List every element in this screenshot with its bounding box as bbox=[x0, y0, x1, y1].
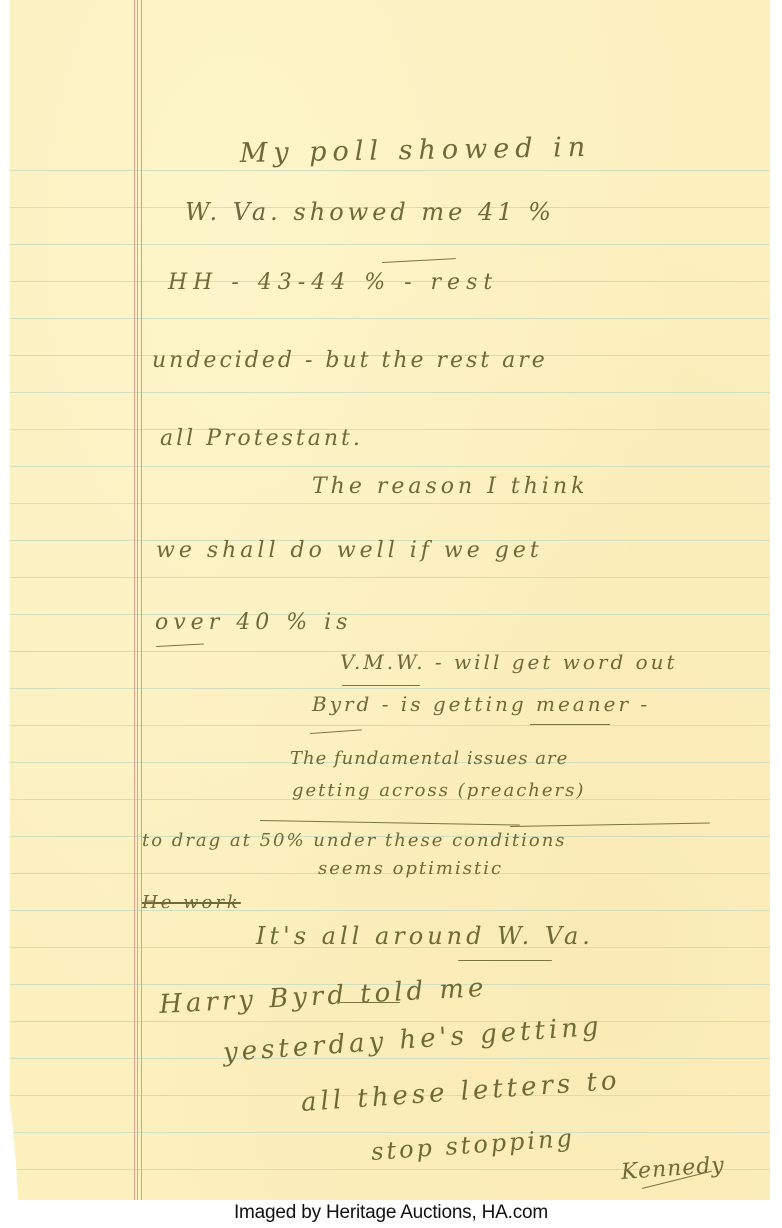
ruled-line bbox=[10, 688, 770, 689]
legal-pad-page: My poll showed in W. Va. showed me 41 % … bbox=[10, 0, 770, 1200]
underline-stroke bbox=[156, 643, 204, 647]
underline-stroke bbox=[260, 820, 520, 826]
image-credit-caption: Imaged by Heritage Auctions, HA.com bbox=[0, 1202, 782, 1224]
handwritten-line-12: getting across (preachers) bbox=[292, 782, 585, 800]
underline-stroke bbox=[342, 685, 420, 686]
handwritten-line-3: HH - 43-44 % - rest bbox=[168, 272, 498, 294]
handwritten-line-1: My poll showed in bbox=[240, 134, 592, 167]
handwritten-line-2: W. Va. showed me 41 % bbox=[185, 200, 555, 224]
handwritten-line-10: Byrd - is getting meaner - bbox=[312, 694, 650, 714]
ruled-line bbox=[10, 503, 770, 504]
handwritten-line-14: seems optimistic bbox=[318, 860, 503, 878]
ruled-line bbox=[10, 466, 770, 467]
ruled-line bbox=[10, 170, 770, 171]
handwritten-line-16: It's all around W. Va. bbox=[256, 924, 594, 948]
underline-stroke bbox=[458, 960, 552, 961]
ruled-line bbox=[10, 725, 770, 726]
handwritten-line-4: undecided - but the rest are bbox=[152, 350, 548, 372]
handwritten-line-13: to drag at 50% under these conditions bbox=[142, 832, 567, 850]
underline-stroke bbox=[510, 823, 710, 828]
handwritten-line-5: all Protestant. bbox=[160, 428, 363, 450]
ruled-line bbox=[10, 429, 770, 430]
margin-line bbox=[141, 0, 142, 1200]
handwritten-line-11: The fundamental issues are bbox=[290, 750, 568, 768]
ruled-line bbox=[10, 1058, 770, 1059]
handwritten-line-19: all these letters to bbox=[300, 1068, 621, 1116]
ruled-line bbox=[10, 577, 770, 578]
handwritten-line-8: over 40 % is bbox=[155, 612, 352, 634]
ruled-line bbox=[10, 614, 770, 615]
handwritten-line-17: Harry Byrd told me bbox=[159, 975, 488, 1018]
ruled-line bbox=[10, 392, 770, 393]
margin-line bbox=[137, 0, 138, 1200]
handwritten-line-6: The reason I think bbox=[312, 476, 588, 498]
margin-line bbox=[134, 0, 135, 1200]
ruled-line bbox=[10, 244, 770, 245]
ruled-line bbox=[10, 1132, 770, 1133]
ruled-line bbox=[10, 318, 770, 319]
underline-stroke bbox=[382, 258, 456, 263]
handwritten-line-7: we shall do well if we get bbox=[156, 540, 543, 562]
handwritten-line-9: V.M.W. - will get word out bbox=[340, 652, 678, 672]
ruled-line bbox=[10, 910, 770, 911]
handwritten-line-15-struck: He work bbox=[142, 894, 241, 912]
ruled-line bbox=[10, 1021, 770, 1022]
underline-stroke bbox=[310, 729, 362, 734]
